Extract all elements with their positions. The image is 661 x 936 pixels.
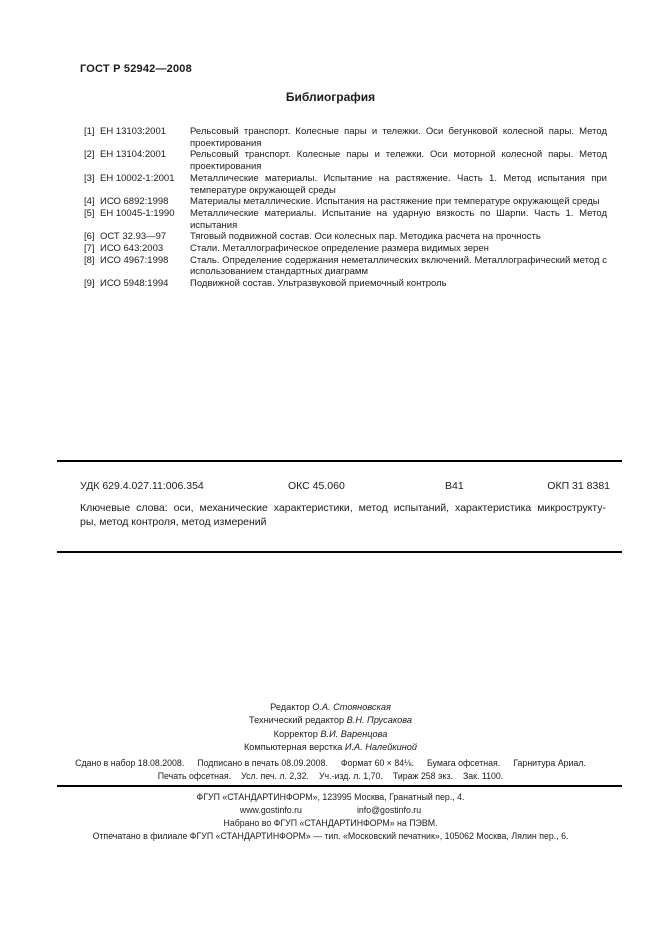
entry-code: ЕН 13104:2001 bbox=[100, 149, 190, 172]
bibliography-entry: [3]ЕН 10002-1:2001Металлические материал… bbox=[84, 173, 607, 196]
entry-description: Сталь. Определение содержания неметаллич… bbox=[190, 255, 607, 278]
bibliography-list: [1]ЕН 13103:2001Рельсовый транспорт. Кол… bbox=[84, 126, 607, 290]
entry-number: [8] bbox=[84, 255, 100, 278]
keywords-line: ры, метод контроля, метод измерений bbox=[80, 516, 606, 530]
email-text: info@gostinfo.ru bbox=[357, 804, 421, 817]
bibliography-entry: [7]ИСО 643:2003Стали. Металлографическое… bbox=[84, 243, 607, 255]
bibliography-entry: [5]ЕН 10045-1:1990Металлические материал… bbox=[84, 208, 607, 231]
entry-number: [3] bbox=[84, 173, 100, 196]
okp-code: ОКП 31 8381 bbox=[547, 480, 610, 492]
entry-description: Рельсовый транспорт. Колесные пары и тел… bbox=[190, 149, 607, 172]
imprint-segment: Тираж 258 экз. bbox=[393, 770, 453, 783]
publisher-address: ФГУП «СТАНДАРТИНФОРМ», 123995 Москва, Гр… bbox=[0, 791, 661, 804]
entry-number: [2] bbox=[84, 149, 100, 172]
imprint-segment: Уч.-изд. л. 1,70. bbox=[319, 770, 383, 783]
publisher-typeset: Набрано во ФГУП «СТАНДАРТИНФОРМ» на ПЭВМ… bbox=[0, 817, 661, 830]
oks-code: ОКС 45.060 bbox=[288, 480, 345, 492]
imprint-segment: Зак. 1100. bbox=[463, 770, 503, 783]
entry-code: ИСО 4967:1998 bbox=[100, 255, 190, 278]
entry-description: Металлические материалы. Испытание на уд… bbox=[190, 208, 607, 231]
entry-number: [4] bbox=[84, 196, 100, 208]
imprint-segment: Формат 60 × 84⅛. bbox=[341, 757, 414, 770]
publisher-printed: Отпечатано в филиале ФГУП «СТАНДАРТИНФОР… bbox=[0, 830, 661, 843]
credit-line: Технический редактор В.Н. Прусакова bbox=[0, 714, 661, 727]
publisher-block: ФГУП «СТАНДАРТИНФОРМ», 123995 Москва, Гр… bbox=[0, 791, 661, 843]
divider-line-middle bbox=[57, 551, 622, 553]
entry-number: [5] bbox=[84, 208, 100, 231]
doc-number: ГОСТ Р 52942—2008 bbox=[80, 63, 192, 75]
entry-description: Металлические материалы. Испытание на ра… bbox=[190, 173, 607, 196]
credit-name: В.Н. Прусакова bbox=[347, 715, 412, 725]
credit-role: Технический редактор bbox=[249, 715, 347, 725]
entry-code: ЕН 10045-1:1990 bbox=[100, 208, 190, 231]
imprint-line-1: Сдано в набор 18.08.2008.Подписано в печ… bbox=[0, 757, 661, 770]
keywords-line: Ключевые слова: оси, механические характ… bbox=[80, 502, 606, 516]
entry-code: ИСО 5948:1994 bbox=[100, 278, 190, 290]
bibliography-entry: [1]ЕН 13103:2001Рельсовый транспорт. Кол… bbox=[84, 126, 607, 149]
bibliography-entry: [9]ИСО 5948:1994Подвижной состав. Ультра… bbox=[84, 278, 607, 290]
credit-name: О.А. Стояновская bbox=[312, 702, 391, 712]
imprint-segment: Печать офсетная. bbox=[158, 770, 231, 783]
divider-line-footer bbox=[57, 785, 622, 787]
entry-code: ИСО 6892:1998 bbox=[100, 196, 190, 208]
credit-line: Компьютерная верстка И.А. Налейкиной bbox=[0, 741, 661, 754]
entry-code: ОСТ 32.93—97 bbox=[100, 231, 190, 243]
classification-row: УДК 629.4.027.11:006.354 ОКС 45.060 В41 … bbox=[0, 480, 661, 494]
bibliography-title: Библиография bbox=[0, 90, 661, 104]
bibliography-entry: [4]ИСО 6892:1998Материалы металлические.… bbox=[84, 196, 607, 208]
publisher-contacts: www.gostinfo.ru info@gostinfo.ru bbox=[0, 804, 661, 817]
imprint-segment: Гарнитура Ариал. bbox=[513, 757, 586, 770]
credit-name: В.И. Варенцова bbox=[320, 729, 387, 739]
entry-code: ЕН 10002-1:2001 bbox=[100, 173, 190, 196]
entry-description: Тяговый подвижной состав. Оси колесных п… bbox=[190, 231, 607, 243]
entry-number: [1] bbox=[84, 126, 100, 149]
imprint-segment: Бумага офсетная. bbox=[427, 757, 500, 770]
imprint-segment: Подписано в печать 08.09.2008. bbox=[197, 757, 328, 770]
entry-code: ИСО 643:2003 bbox=[100, 243, 190, 255]
credits-block: Редактор О.А. СтояновскаяТехнический ред… bbox=[0, 701, 661, 755]
entry-description: Материалы металлические. Испытания на ра… bbox=[190, 196, 607, 208]
credit-name: И.А. Налейкиной bbox=[345, 742, 417, 752]
entry-description: Рельсовый транспорт. Колесные пары и тел… bbox=[190, 126, 607, 149]
credit-role: Компьютерная верстка bbox=[244, 742, 345, 752]
entry-number: [6] bbox=[84, 231, 100, 243]
credit-role: Редактор bbox=[270, 702, 312, 712]
entry-number: [7] bbox=[84, 243, 100, 255]
credit-line: Корректор В.И. Варенцова bbox=[0, 728, 661, 741]
bibliography-entry: [6]ОСТ 32.93—97Тяговый подвижной состав.… bbox=[84, 231, 607, 243]
entry-number: [9] bbox=[84, 278, 100, 290]
bibliography-entry: [2]ЕН 13104:2001Рельсовый транспорт. Кол… bbox=[84, 149, 607, 172]
credit-role: Корректор bbox=[274, 729, 321, 739]
imprint-line-2: Печать офсетная.Усл. печ. л. 2,32.Уч.-из… bbox=[0, 770, 661, 783]
imprint-block: Сдано в набор 18.08.2008.Подписано в печ… bbox=[0, 757, 661, 783]
entry-description: Подвижной состав. Ультразвуковой приемоч… bbox=[190, 278, 607, 290]
website-text: www.gostinfo.ru bbox=[240, 804, 302, 817]
document-page: ГОСТ Р 52942—2008 Библиография [1]ЕН 131… bbox=[0, 0, 661, 936]
keywords-paragraph: Ключевые слова: оси, механические характ… bbox=[80, 502, 606, 529]
bibliography-entry: [8]ИСО 4967:1998Сталь. Определение содер… bbox=[84, 255, 607, 278]
udk-code: УДК 629.4.027.11:006.354 bbox=[80, 480, 204, 492]
imprint-segment: Сдано в набор 18.08.2008. bbox=[75, 757, 184, 770]
divider-line-top bbox=[57, 460, 622, 462]
credit-line: Редактор О.А. Стояновская bbox=[0, 701, 661, 714]
group-code: В41 bbox=[445, 480, 464, 492]
imprint-segment: Усл. печ. л. 2,32. bbox=[241, 770, 309, 783]
entry-code: ЕН 13103:2001 bbox=[100, 126, 190, 149]
entry-description: Стали. Металлографическое определение ра… bbox=[190, 243, 607, 255]
